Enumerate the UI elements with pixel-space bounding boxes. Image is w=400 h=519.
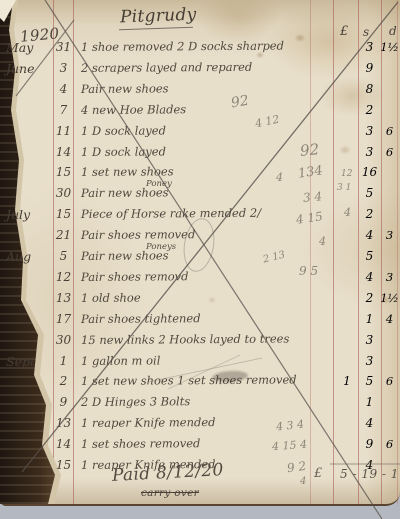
- row-pence: 1½: [380, 40, 399, 54]
- row-pence: 6: [380, 437, 399, 451]
- ledger-row: 7 4 new Hoe Blades 2: [0, 103, 400, 123]
- total-pound-sign: £: [314, 466, 323, 481]
- row-pounds: 1: [336, 374, 358, 388]
- pony-note: Poneys: [146, 242, 176, 252]
- ledger-row: 13 1 reaper Knife mended 4: [0, 416, 400, 436]
- row-day: 13: [52, 416, 75, 430]
- pencil-number: 3 4: [302, 189, 322, 205]
- carry-over-note: carry over: [141, 487, 199, 499]
- row-month: June: [6, 61, 52, 76]
- row-day: 30: [52, 333, 75, 347]
- ledger-page-scan: Pitgrudy 1920 £ s d May 31 1 shoe remove…: [0, 0, 400, 519]
- row-description: Pair shoes removed: [81, 227, 195, 242]
- ledger-row: 13 1 old shoe 2 1½: [0, 291, 400, 311]
- row-day: 30: [52, 186, 75, 200]
- row-day: 5: [52, 249, 75, 263]
- pencil-number: 4: [319, 235, 326, 248]
- ledger-row: 17 Pair shoes tightened 1 4: [0, 312, 400, 332]
- pencil-number: 92: [230, 93, 250, 112]
- row-shillings: 4: [359, 228, 380, 242]
- ledger-row: 11 1 D sock layed 3 6: [0, 124, 400, 144]
- ledger-row: 14 1 set shoes removed 9 6: [0, 437, 400, 457]
- row-description: 1 gallon m oil: [81, 353, 160, 368]
- page-title: Pitgrudy: [120, 5, 197, 28]
- column-header-pence: d: [389, 24, 397, 38]
- row-shillings: 2: [359, 207, 380, 221]
- row-description: Pair shoes tightened: [81, 311, 201, 326]
- row-day: 3: [52, 61, 75, 75]
- ledger-row: May 31 1 shoe removed 2 D socks sharped …: [0, 40, 400, 60]
- pencil-number: 3 1: [337, 183, 351, 193]
- pony-note: Poney: [146, 179, 172, 189]
- ledger-row: 2 1 set new shoes 1 set shoes removed 1 …: [0, 374, 400, 394]
- row-description: Pair new shoes: [81, 81, 169, 96]
- row-day: 11: [52, 124, 75, 138]
- row-description: 1 set shoes removed: [81, 436, 200, 451]
- row-pence: 6: [380, 145, 399, 159]
- row-description: 1 old shoe: [81, 290, 141, 304]
- row-shillings: 1: [359, 312, 380, 326]
- ledger-row: 9 2 D Hinges 3 Bolts 1: [0, 395, 400, 415]
- row-shillings: 9: [359, 437, 380, 451]
- row-day: 15: [52, 458, 75, 472]
- row-description: 1 D sock layed: [81, 144, 166, 159]
- row-day: 13: [52, 291, 75, 305]
- row-shillings: 1: [359, 395, 380, 409]
- row-shillings: 3: [359, 333, 380, 347]
- ledger-row: 4 Pair new shoes 8: [0, 82, 400, 102]
- row-month: May: [6, 40, 52, 55]
- row-day: 15: [52, 207, 75, 221]
- row-description: 1 set new shoes 1 set shoes removed: [81, 373, 297, 389]
- row-shillings: 9: [359, 61, 380, 75]
- row-pence: 3: [380, 270, 399, 284]
- row-description: 4 new Hoe Blades: [81, 102, 186, 117]
- row-description: 1 set new shoes: [81, 165, 174, 180]
- row-day: 2: [52, 374, 75, 388]
- row-day: 12: [52, 270, 75, 284]
- total-amount: 5 - 19 - 1: [340, 467, 399, 481]
- pencil-number: 4: [276, 171, 283, 184]
- row-description: 2 scrapers layed and repared: [81, 60, 252, 75]
- row-day: 4: [52, 82, 75, 96]
- row-day: 15: [52, 165, 75, 179]
- column-header-shilling: s: [363, 25, 369, 39]
- row-shillings: 5: [359, 374, 380, 388]
- row-description: Pair shoes removd: [81, 269, 189, 284]
- pencil-number: 9 2: [286, 459, 307, 476]
- row-pence: 3: [380, 228, 399, 242]
- row-shillings: 4: [359, 270, 380, 284]
- row-description: 2 D Hinges 3 Bolts: [81, 395, 190, 410]
- row-day: 1: [52, 354, 75, 368]
- row-shillings: 8: [359, 82, 380, 96]
- pencil-number: 4 15 4: [272, 438, 308, 453]
- column-header-pound: £: [340, 24, 349, 39]
- row-shillings: 4: [359, 416, 380, 430]
- ledger-row: June 3 2 scrapers layed and repared 9: [0, 61, 400, 81]
- ledger-row: 12 Pair shoes removd 4 3: [0, 270, 400, 290]
- row-shillings: 5: [359, 186, 380, 200]
- row-month: Aug: [6, 249, 52, 264]
- row-description: Piece of Horse rake mended 2/: [81, 206, 261, 221]
- row-month: Sept: [6, 354, 52, 369]
- row-description: 1 D sock layed: [81, 123, 166, 138]
- row-month: July: [6, 207, 52, 222]
- row-pence: 6: [380, 374, 399, 388]
- ledger-row: 30 15 new links 2 Hooks layed to trees 3: [0, 333, 400, 353]
- ledger-row: Sept 1 1 gallon m oil 3: [0, 354, 400, 374]
- row-day: 7: [52, 103, 75, 117]
- pencil-number: 12: [341, 169, 352, 179]
- row-pence: 4: [380, 312, 399, 326]
- row-shillings: 2: [359, 291, 380, 305]
- row-pence: 6: [380, 124, 399, 138]
- pencil-number: 92: [299, 140, 320, 160]
- row-day: 9: [52, 395, 75, 409]
- row-shillings: 3: [359, 354, 380, 368]
- row-pence: 1½: [380, 291, 399, 305]
- row-description: 1 reaper Knife mended: [81, 415, 216, 430]
- row-shillings: 2: [359, 103, 380, 117]
- row-shillings: 5: [359, 249, 380, 263]
- row-day: 21: [52, 228, 75, 242]
- row-day: 17: [52, 312, 75, 326]
- row-description: 1 shoe removed 2 D socks sharped: [81, 39, 284, 54]
- row-day: 14: [52, 145, 75, 159]
- row-shillings: 3: [359, 40, 380, 54]
- pencil-number: 4: [300, 476, 306, 487]
- row-day: 31: [52, 40, 75, 54]
- row-description: 15 new links 2 Hooks layed to trees: [81, 331, 289, 346]
- row-shillings: 16: [359, 165, 380, 179]
- row-day: 14: [52, 437, 75, 451]
- pencil-number: 4: [344, 206, 351, 219]
- ledger-row: 14 1 D sock layed 3 6: [0, 145, 400, 165]
- row-shillings: 3: [359, 124, 380, 138]
- pencil-number: 9 5: [299, 264, 318, 278]
- row-shillings: 3: [359, 145, 380, 159]
